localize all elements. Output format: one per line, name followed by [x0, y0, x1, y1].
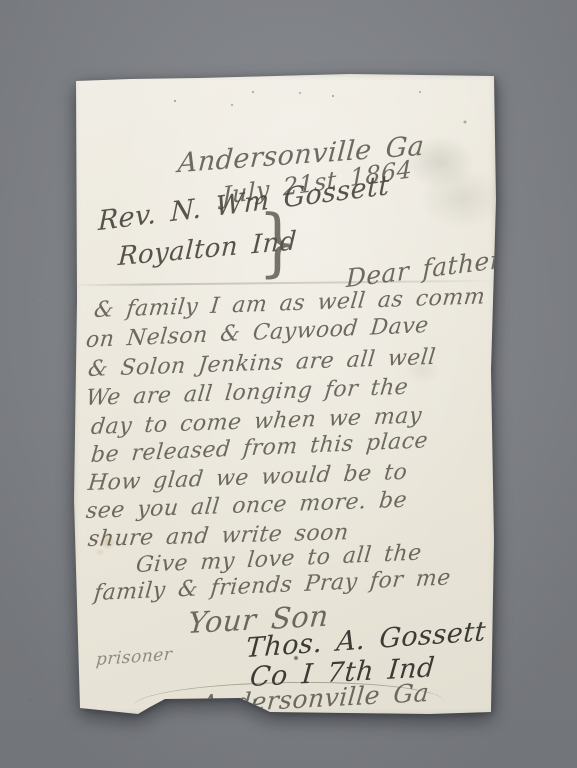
handwriting-line-location: Andersonville Ga — [199, 678, 431, 719]
photo-background: Andersonville Ga July 21st 1864 Rev. N. … — [0, 0, 577, 768]
letter-paper: Andersonville Ga July 21st 1864 Rev. N. … — [70, 70, 500, 720]
handwriting-note-prisoner: prisoner — [95, 645, 173, 670]
address-brace: } — [258, 198, 297, 286]
letter-paper-shadow: Andersonville Ga July 21st 1864 Rev. N. … — [0, 0, 577, 768]
